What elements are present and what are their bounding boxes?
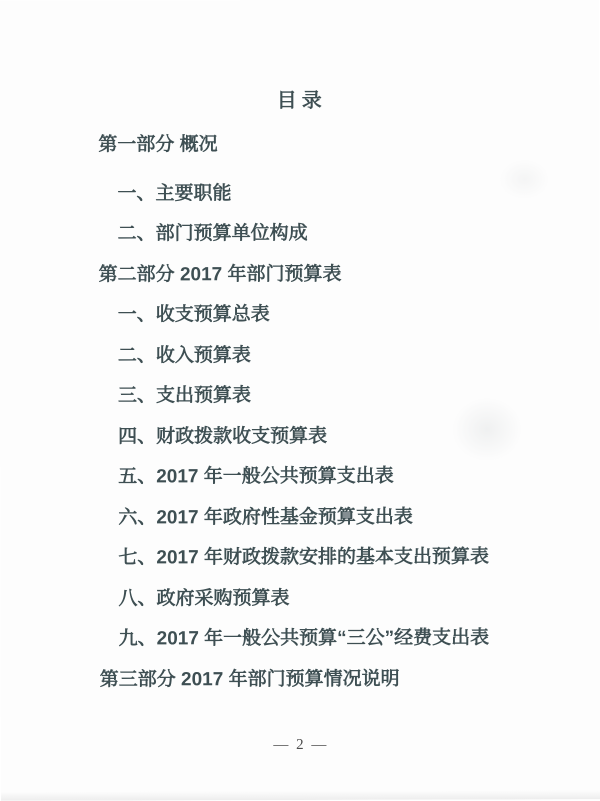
page-title: 目录 (0, 83, 599, 114)
toc-section-heading: 第二部分 2017 年部门预算表 (0, 262, 600, 304)
toc-item: 八、政府采购预算表 (0, 586, 600, 628)
document-page: 目录 第一部分 概况一、主要职能二、部门预算单位构成第二部分 2017 年部门预… (0, 0, 600, 801)
toc-item: 二、收入预算表 (0, 343, 600, 385)
page-number: — 2 — (1, 736, 600, 755)
toc-item: 三、支出预算表 (0, 383, 600, 425)
toc-item: 六、2017 年政府性基金预算支出表 (0, 505, 600, 547)
toc-section-heading: 第一部分 概况 (0, 132, 599, 174)
toc-item: 七、2017 年财政拨款安排的基本支出预算表 (0, 545, 600, 587)
toc-section-heading: 第三部分 2017 年部门预算情况说明 (1, 667, 600, 709)
toc-item: 一、收支预算总表 (0, 302, 600, 344)
scan-edge-artifact (1, 790, 600, 801)
toc-item: 九、2017 年一般公共预算“三公”经费支出表 (1, 626, 600, 668)
toc-list: 第一部分 概况一、主要职能二、部门预算单位构成第二部分 2017 年部门预算表一… (0, 132, 600, 709)
toc-item: 四、财政拨款收支预算表 (0, 424, 600, 466)
toc-item: 一、主要职能 (0, 181, 600, 223)
toc-item: 五、2017 年一般公共预算支出表 (0, 464, 600, 506)
toc-item: 二、部门预算单位构成 (0, 221, 600, 263)
